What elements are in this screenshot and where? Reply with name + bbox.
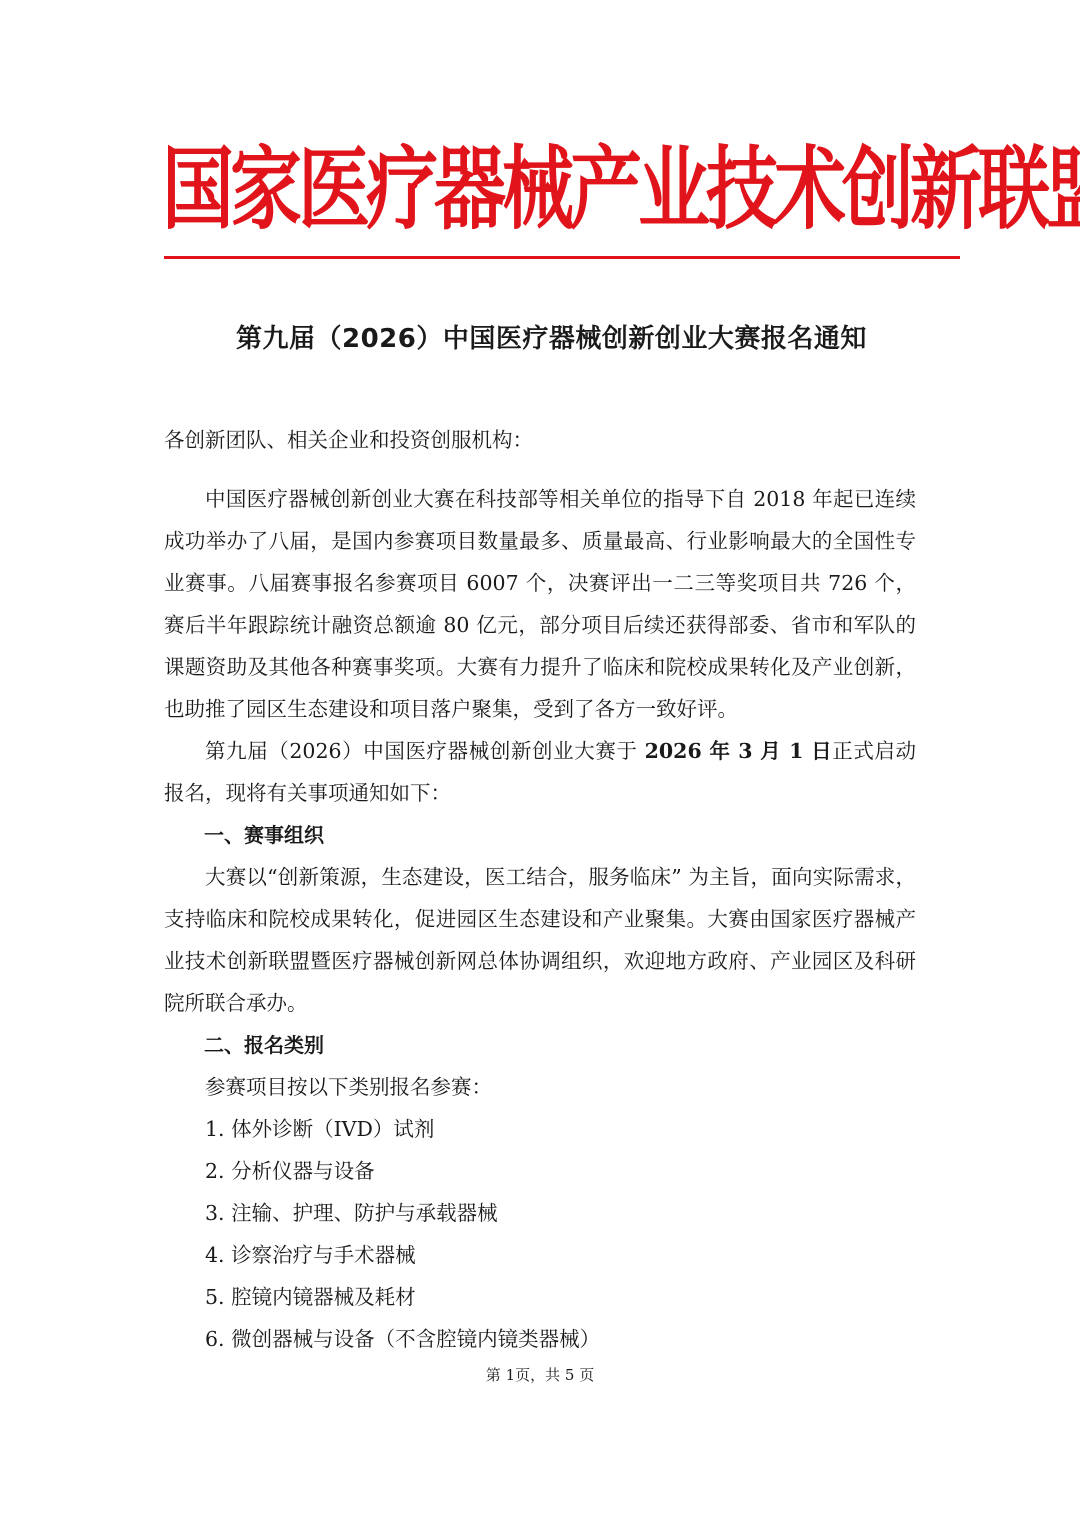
section-categories-intro: 参赛项目按以下类别报名参赛： bbox=[164, 1066, 916, 1108]
document-title: 第九届（2026）中国医疗器械创新创业大赛报名通知 bbox=[236, 318, 867, 355]
category-item: 3. 注输、护理、防护与承载器械 bbox=[164, 1192, 916, 1234]
section-heading-categories: 二、报名类别 bbox=[164, 1024, 916, 1066]
document-body: 中国医疗器械创新创业大赛在科技部等相关单位的指导下自 2018 年起已连续成功举… bbox=[164, 478, 916, 1360]
category-item: 6. 微创器械与设备（不含腔镜内镜类器械） bbox=[164, 1318, 916, 1360]
page-number-footer: 第 1页，共 5 页 bbox=[0, 1364, 1080, 1385]
category-item: 1. 体外诊断（IVD）试剂 bbox=[164, 1108, 916, 1150]
launch-text-before: 第九届（2026）中国医疗器械创新创业大赛于 bbox=[205, 739, 645, 763]
category-list: 1. 体外诊断（IVD）试剂 2. 分析仪器与设备 3. 注输、护理、防护与承载… bbox=[164, 1108, 916, 1360]
letterhead-organization-name: 国家医疗器械产业技术创新联盟 bbox=[162, 120, 962, 258]
category-item: 2. 分析仪器与设备 bbox=[164, 1150, 916, 1192]
intro-paragraph: 中国医疗器械创新创业大赛在科技部等相关单位的指导下自 2018 年起已连续成功举… bbox=[164, 478, 916, 730]
salutation: 各创新团队、相关企业和投资创服机构： bbox=[164, 424, 533, 456]
letterhead-divider bbox=[164, 256, 960, 259]
category-item: 5. 腔镜内镜器械及耗材 bbox=[164, 1276, 916, 1318]
section-heading-organization: 一、赛事组织 bbox=[164, 814, 916, 856]
category-item: 4. 诊察治疗与手术器械 bbox=[164, 1234, 916, 1276]
launch-date: 2026 年 3 月 1 日 bbox=[645, 739, 833, 763]
launch-paragraph: 第九届（2026）中国医疗器械创新创业大赛于 2026 年 3 月 1 日正式启… bbox=[164, 730, 916, 814]
section-organization-text: 大赛以“创新策源，生态建设，医工结合，服务临床” 为主旨，面向实际需求，支持临床… bbox=[164, 856, 916, 1024]
